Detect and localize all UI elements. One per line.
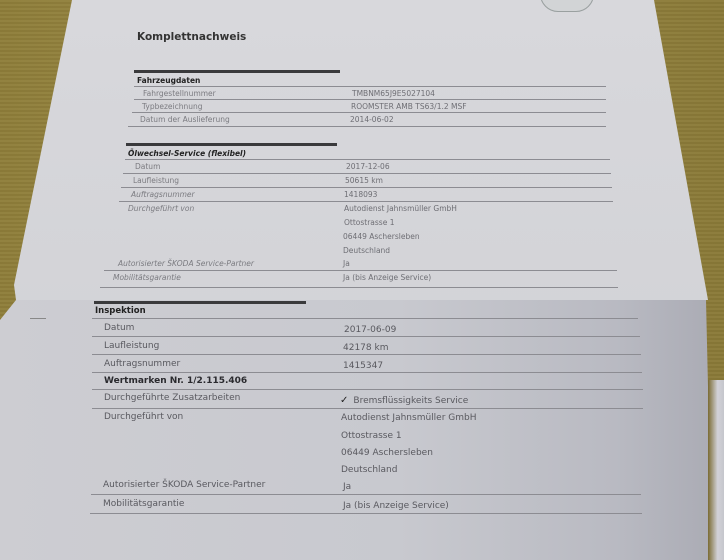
row-divider bbox=[92, 408, 643, 409]
label-auftragsnummer: Auftragsnummer bbox=[104, 359, 180, 369]
value-datum-auslieferung: 2014-06-02 bbox=[350, 115, 394, 124]
label-durchgefuehrt-von: Durchgeführt von bbox=[104, 412, 183, 422]
row-divider bbox=[91, 494, 641, 495]
value-typbezeichnung: ROOMSTER AMB TS63/1.2 MSF bbox=[351, 102, 467, 111]
row-divider bbox=[92, 318, 638, 319]
label-datum: Datum bbox=[104, 323, 134, 333]
label-fahrgestellnummer: Fahrgestellnummer bbox=[143, 89, 216, 98]
paper-edge bbox=[708, 380, 724, 560]
row-divider bbox=[125, 159, 610, 160]
value-auftragsnummer: 1415347 bbox=[343, 361, 383, 371]
value-service-partner: Ja bbox=[343, 482, 351, 492]
row-divider bbox=[134, 86, 606, 87]
row-divider bbox=[123, 173, 611, 174]
value-datum: 2017-12-06 bbox=[346, 162, 390, 171]
label-auftragsnummer: Auftragsnummer bbox=[131, 190, 195, 199]
section-heading: Ölwechsel-Service (flexibel) bbox=[128, 149, 246, 158]
row-divider bbox=[92, 372, 642, 373]
section-heading: Fahrzeugdaten bbox=[137, 76, 200, 85]
value-laufleistung: 42178 km bbox=[343, 343, 388, 353]
value-datum: 2017-06-09 bbox=[344, 325, 396, 335]
row-divider bbox=[92, 389, 643, 390]
row-divider bbox=[92, 336, 640, 337]
fold-mark bbox=[30, 318, 46, 319]
value-werkstatt-land: Deutschland bbox=[343, 246, 390, 255]
row-divider bbox=[119, 201, 613, 202]
value-mobilitaetsgarantie: Ja (bis Anzeige Service) bbox=[343, 273, 431, 282]
value-zusatzarbeiten: ✓Bremsflüssigkeits Service bbox=[340, 395, 468, 406]
label-datum-auslieferung: Datum der Auslieferung bbox=[140, 115, 230, 124]
label-mobilitaetsgarantie: Mobilitätsgarantie bbox=[103, 499, 184, 509]
label-laufleistung: Laufleistung bbox=[133, 176, 179, 185]
value-werkstatt-strasse: Ottostrasse 1 bbox=[341, 431, 402, 441]
label-wertmarken: Wertmarken Nr. 1/2.115.406 bbox=[104, 376, 247, 386]
row-divider bbox=[121, 187, 612, 188]
row-divider bbox=[134, 99, 606, 100]
label-service-partner: Autorisierter ŠKODA Service-Partner bbox=[103, 480, 265, 490]
row-divider bbox=[90, 513, 642, 514]
label-datum: Datum bbox=[135, 162, 160, 171]
value-werkstatt-ort: 06449 Aschersleben bbox=[341, 448, 433, 458]
value-werkstatt-land: Deutschland bbox=[341, 465, 397, 475]
value-fahrgestellnummer: TMBNM65J9E5027104 bbox=[352, 89, 435, 98]
row-divider bbox=[128, 126, 606, 127]
section-bar bbox=[94, 301, 306, 304]
label-mobilitaetsgarantie: Mobilitätsgarantie bbox=[113, 273, 181, 282]
section-heading: Inspektion bbox=[95, 306, 146, 316]
checkmark-icon: ✓ bbox=[340, 395, 348, 406]
label-zusatzarbeiten: Durchgeführte Zusatzarbeiten bbox=[104, 393, 240, 403]
row-divider bbox=[104, 270, 617, 271]
value-werkstatt-name: Autodienst Jahnsmüller GmbH bbox=[344, 204, 457, 213]
row-divider bbox=[100, 287, 618, 288]
value-service-partner: Ja bbox=[343, 259, 350, 268]
row-divider bbox=[132, 112, 606, 113]
label-typbezeichnung: Typbezeichnung bbox=[142, 102, 203, 111]
value-mobilitaetsgarantie: Ja (bis Anzeige Service) bbox=[343, 501, 449, 511]
zusatzarbeit-text: Bremsflüssigkeits Service bbox=[353, 396, 468, 406]
value-werkstatt-strasse: Ottostrasse 1 bbox=[344, 218, 395, 227]
label-durchgefuehrt-von: Durchgeführt von bbox=[128, 204, 194, 213]
document-title: Komplettnachweis bbox=[137, 31, 246, 43]
value-werkstatt-ort: 06449 Aschersleben bbox=[343, 232, 420, 241]
row-divider bbox=[92, 354, 641, 355]
section-bar bbox=[126, 143, 337, 146]
value-auftragsnummer: 1418093 bbox=[344, 190, 377, 199]
value-laufleistung: 50615 km bbox=[345, 176, 383, 185]
label-service-partner: Autorisierter ŠKODA Service-Partner bbox=[118, 259, 254, 268]
label-laufleistung: Laufleistung bbox=[104, 341, 159, 351]
value-werkstatt-name: Autodienst Jahnsmüller GmbH bbox=[341, 413, 477, 423]
section-bar bbox=[134, 70, 340, 73]
